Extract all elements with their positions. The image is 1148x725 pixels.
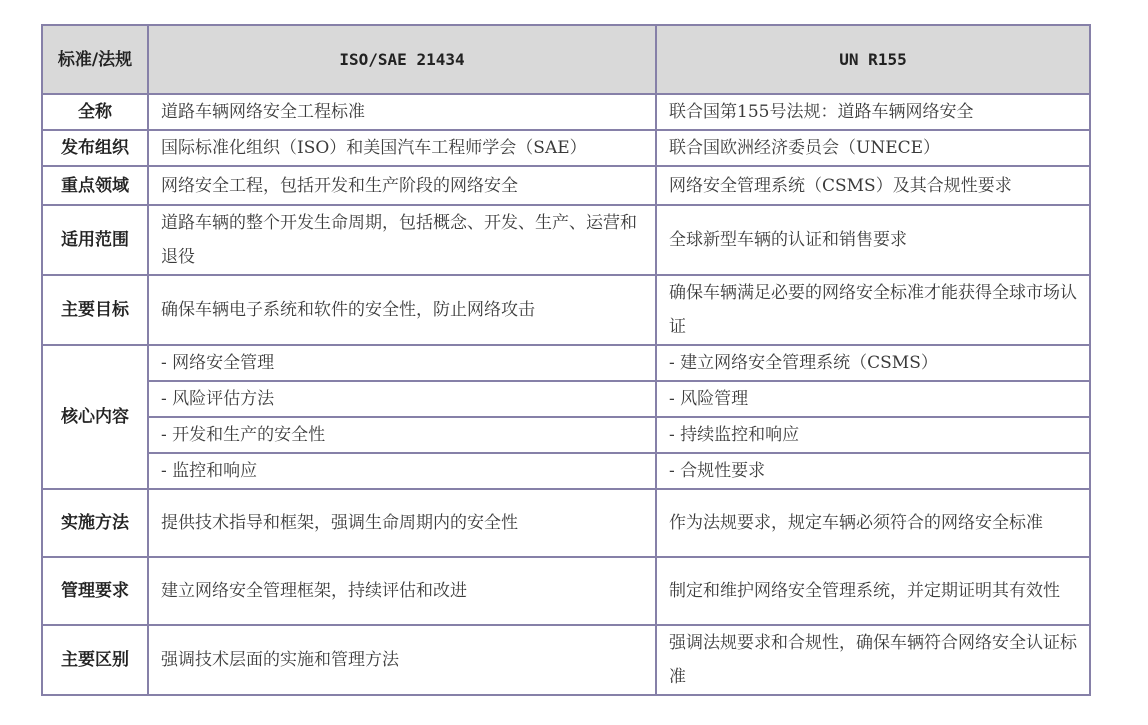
header-iso: ISO/SAE 21434 <box>148 25 656 94</box>
row-label: 管理要求 <box>42 557 148 625</box>
iso-cell: 道路车辆的整个开发生命周期，包括概念、开发、生产、运营和退役 <box>148 205 656 275</box>
un-cell: - 风险管理 <box>656 381 1090 417</box>
un-cell: 强调法规要求和合规性，确保车辆符合网络安全认证标准 <box>656 625 1090 695</box>
table-row: 主要区别 强调技术层面的实施和管理方法 强调法规要求和合规性，确保车辆符合网络安… <box>42 625 1090 695</box>
un-cell: - 建立网络安全管理系统（CSMS） <box>656 345 1090 381</box>
un-cell: 网络安全管理系统（CSMS）及其合规性要求 <box>656 166 1090 205</box>
un-cell: 确保车辆满足必要的网络安全标准才能获得全球市场认证 <box>656 275 1090 345</box>
un-cell: - 持续监控和响应 <box>656 417 1090 453</box>
table-row: 重点领域 网络安全工程，包括开发和生产阶段的网络安全 网络安全管理系统（CSMS… <box>42 166 1090 205</box>
iso-cell: 国际标准化组织（ISO）和美国汽车工程师学会（SAE） <box>148 130 656 166</box>
un-cell: 全球新型车辆的认证和销售要求 <box>656 205 1090 275</box>
table-row: 适用范围 道路车辆的整个开发生命周期，包括概念、开发、生产、运营和退役 全球新型… <box>42 205 1090 275</box>
comparison-table: 标准/法规 ISO/SAE 21434 UN R155 全称 道路车辆网络安全工… <box>41 24 1091 696</box>
table-row: 主要目标 确保车辆电子系统和软件的安全性，防止网络攻击 确保车辆满足必要的网络安… <box>42 275 1090 345</box>
un-cell: 联合国第155号法规：道路车辆网络安全 <box>656 94 1090 130</box>
un-cell: 作为法规要求，规定车辆必须符合的网络安全标准 <box>656 489 1090 557</box>
table-row: 实施方法 提供技术指导和框架，强调生命周期内的安全性 作为法规要求，规定车辆必须… <box>42 489 1090 557</box>
table-row-core: 核心内容 - 网络安全管理 - 建立网络安全管理系统（CSMS） <box>42 345 1090 381</box>
iso-cell: 提供技术指导和框架，强调生命周期内的安全性 <box>148 489 656 557</box>
row-label: 适用范围 <box>42 205 148 275</box>
iso-cell: - 网络安全管理 <box>148 345 656 381</box>
table-row: 管理要求 建立网络安全管理框架，持续评估和改进 制定和维护网络安全管理系统，并定… <box>42 557 1090 625</box>
un-cell: 联合国欧洲经济委员会（UNECE） <box>656 130 1090 166</box>
table-row: 发布组织 国际标准化组织（ISO）和美国汽车工程师学会（SAE） 联合国欧洲经济… <box>42 130 1090 166</box>
row-label: 主要区别 <box>42 625 148 695</box>
row-label: 实施方法 <box>42 489 148 557</box>
table-row-core: - 开发和生产的安全性 - 持续监控和响应 <box>42 417 1090 453</box>
row-label: 发布组织 <box>42 130 148 166</box>
iso-cell: 强调技术层面的实施和管理方法 <box>148 625 656 695</box>
row-label: 主要目标 <box>42 275 148 345</box>
table-row: 全称 道路车辆网络安全工程标准 联合国第155号法规：道路车辆网络安全 <box>42 94 1090 130</box>
iso-cell: 道路车辆网络安全工程标准 <box>148 94 656 130</box>
iso-cell: - 监控和响应 <box>148 453 656 489</box>
iso-cell: 建立网络安全管理框架，持续评估和改进 <box>148 557 656 625</box>
iso-cell: 确保车辆电子系统和软件的安全性，防止网络攻击 <box>148 275 656 345</box>
header-un: UN R155 <box>656 25 1090 94</box>
row-label: 全称 <box>42 94 148 130</box>
row-label: 核心内容 <box>42 345 148 489</box>
row-label: 重点领域 <box>42 166 148 205</box>
un-cell: - 合规性要求 <box>656 453 1090 489</box>
iso-cell: - 风险评估方法 <box>148 381 656 417</box>
un-cell: 制定和维护网络安全管理系统，并定期证明其有效性 <box>656 557 1090 625</box>
table-row-core: - 监控和响应 - 合规性要求 <box>42 453 1090 489</box>
header-standard: 标准/法规 <box>42 25 148 94</box>
table-row-core: - 风险评估方法 - 风险管理 <box>42 381 1090 417</box>
iso-cell: 网络安全工程，包括开发和生产阶段的网络安全 <box>148 166 656 205</box>
header-row: 标准/法规 ISO/SAE 21434 UN R155 <box>42 25 1090 94</box>
iso-cell: - 开发和生产的安全性 <box>148 417 656 453</box>
